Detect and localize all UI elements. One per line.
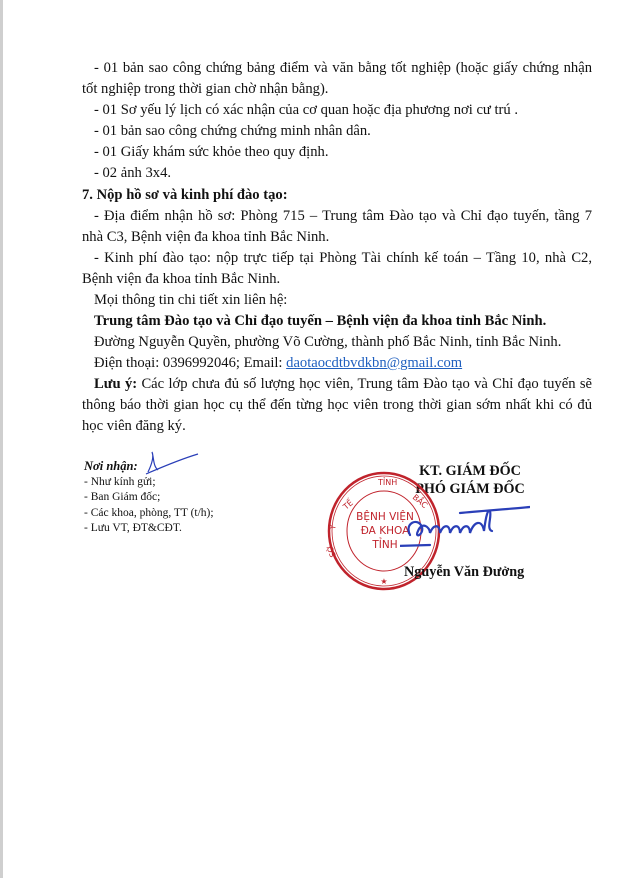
- note-line: Lưu ý: Các lớp chưa đủ số lượng học viên…: [82, 374, 592, 395]
- requirement-item: - 01 bản sao công chứng bảng điểm và văn…: [82, 58, 592, 79]
- contact-organization: Trung tâm Đào tạo và Chỉ đạo tuyến – Bện…: [82, 311, 592, 332]
- location-line-continuation: nhà C3, Bệnh viện đa khoa tỉnh Bắc Ninh.: [82, 227, 592, 248]
- recipient-item: - Lưu VT, ĐT&CĐT.: [84, 521, 214, 537]
- svg-text:★: ★: [380, 577, 387, 586]
- requirement-item: - 01 Giấy khám sức khỏe theo quy định.: [82, 142, 592, 163]
- contact-phone-email: Điện thoại: 0396992046; Email: daotaocdt…: [82, 353, 592, 374]
- contact-intro: Mọi thông tin chi tiết xin liên hệ:: [82, 290, 592, 311]
- recipient-item: - Ban Giám đốc;: [84, 490, 214, 506]
- svg-text:TỈNH: TỈNH: [377, 476, 397, 487]
- requirement-item: - 02 ảnh 3x4.: [82, 163, 592, 184]
- requirement-item-continuation: tốt nghiệp trong thời gian chờ nhận bằng…: [82, 79, 592, 100]
- document-body: - 01 bản sao công chứng bảng điểm và văn…: [82, 58, 592, 437]
- page-left-edge: [0, 0, 3, 878]
- initial-mark-icon: [140, 450, 200, 475]
- requirement-item: - 01 Sơ yếu lý lịch có xác nhận của cơ q…: [82, 100, 592, 121]
- recipient-item: - Các khoa, phòng, TT (t/h);: [84, 506, 214, 522]
- handwritten-signature-icon: [400, 505, 530, 555]
- note-label: Lưu ý:: [94, 376, 137, 392]
- signer-name: Nguyễn Văn Đưởng: [404, 564, 524, 581]
- email-link[interactable]: daotaocdtbvdkbn@gmail.com: [286, 355, 462, 371]
- location-line: - Địa điểm nhận hồ sơ: Phòng 715 – Trung…: [82, 206, 592, 227]
- section-7-heading: 7. Nộp hồ sơ và kinh phí đào tạo:: [82, 185, 592, 206]
- fee-line-continuation: Bệnh viện đa khoa tỉnh Bắc Ninh.: [82, 269, 592, 290]
- svg-text:SỞ: SỞ: [326, 544, 338, 559]
- fee-line: - Kinh phí đào tạo: nộp trực tiếp tại Ph…: [82, 248, 592, 269]
- phone-label: Điện thoại: 0396992046; Email:: [94, 355, 286, 371]
- requirement-item: - 01 bản sao công chứng chứng minh nhân …: [82, 121, 592, 142]
- note-line: học viên đăng ký.: [82, 416, 592, 437]
- contact-address: Đường Nguyễn Quyền, phường Võ Cường, thà…: [82, 332, 592, 353]
- recipient-item: - Như kính gửi;: [84, 475, 214, 491]
- note-line: thông báo thời gian học cụ thể đến từng …: [82, 395, 592, 416]
